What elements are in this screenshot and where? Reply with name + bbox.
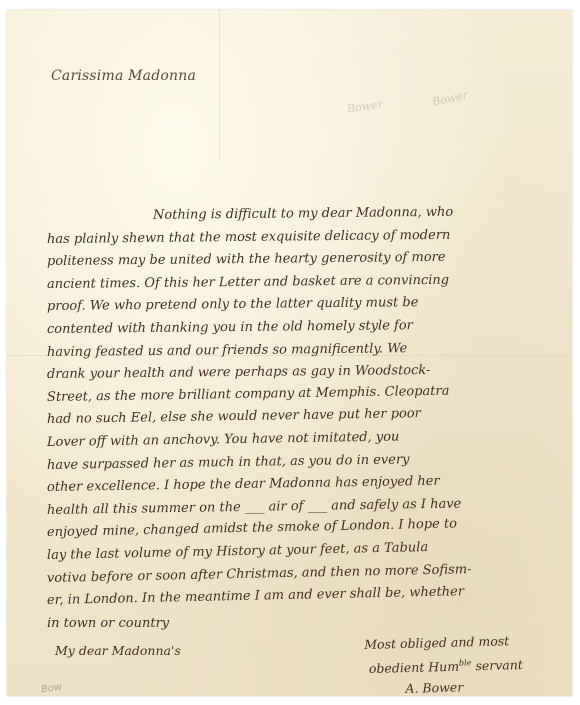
paper-fold-vertical: [219, 10, 220, 160]
closing-superscript: ble: [459, 658, 472, 667]
closing-suffix: servant: [471, 657, 523, 673]
closing-block: Most obliged and most obedient Humble se…: [364, 630, 524, 700]
closing-prefix: obedient Hum: [369, 659, 460, 676]
salutation: Carissima Madonna: [51, 68, 196, 84]
faint-annotation: Bower: [346, 98, 383, 116]
valediction: My dear Madonna's: [55, 643, 181, 658]
signature: A. Bower: [365, 675, 523, 700]
letter-body: Nothing is difficult to my dear Madonna,…: [47, 206, 567, 635]
letter-paper: Carissima Madonna Bower Bower Nothing is…: [7, 10, 572, 696]
faint-annotation: Bower: [431, 88, 469, 108]
pencil-annotation: Bow: [40, 682, 62, 696]
closing-line: obedient Humble servant: [365, 651, 524, 679]
